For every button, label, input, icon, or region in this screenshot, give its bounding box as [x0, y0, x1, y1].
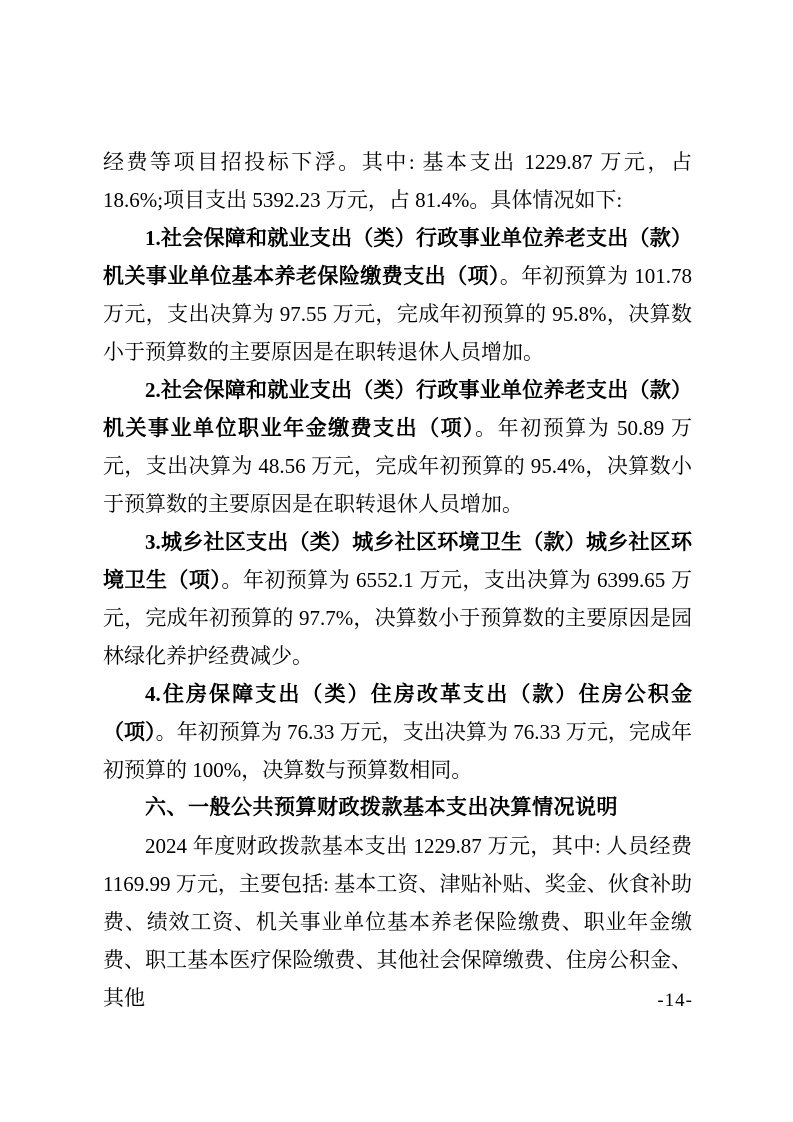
document-page: 经费等项目招投标下浮。其中: 基本支出 1229.87 万元，占 18.6%;项…: [0, 0, 793, 1122]
paragraph: 2.社会保障和就业支出（类）行政事业单位养老支出（款）机关事业单位职业年金缴费支…: [103, 371, 692, 523]
text-run: 。年初预算为 76.33 万元，支出决算为 76.33 万元，完成年初预算的 1…: [103, 720, 692, 782]
section-heading: 六、一般公共预算财政拨款基本支出决算情况说明: [103, 789, 692, 827]
paragraph: 1.社会保障和就业支出（类）行政事业单位养老支出（款）机关事业单位基本养老保险缴…: [103, 219, 692, 371]
page-footer: -14-: [657, 990, 693, 1012]
page-number: -14-: [657, 990, 693, 1011]
paragraph: 4.住房保障支出（类）住房改革支出（款）住房公积金（项）。年初预算为 76.33…: [103, 675, 692, 789]
paragraph: 3.城乡社区支出（类）城乡社区环境卫生（款）城乡社区环境卫生（项）。年初预算为 …: [103, 523, 692, 675]
page-body: 经费等项目招投标下浮。其中: 基本支出 1229.87 万元，占 18.6%;项…: [103, 143, 692, 1017]
paragraph: 2024 年度财政拨款基本支出 1229.87 万元，其中: 人员经费 1169…: [103, 827, 692, 1017]
text-run: 六、一般公共预算财政拨款基本支出决算情况说明: [145, 796, 618, 819]
paragraph: 经费等项目招投标下浮。其中: 基本支出 1229.87 万元，占 18.6%;项…: [103, 143, 692, 219]
text-run: 2024 年度财政拨款基本支出 1229.87 万元，其中: 人员经费 1169…: [103, 834, 692, 1010]
text-run: 经费等项目招投标下浮。其中: 基本支出 1229.87 万元，占 18.6%;项…: [103, 150, 692, 212]
